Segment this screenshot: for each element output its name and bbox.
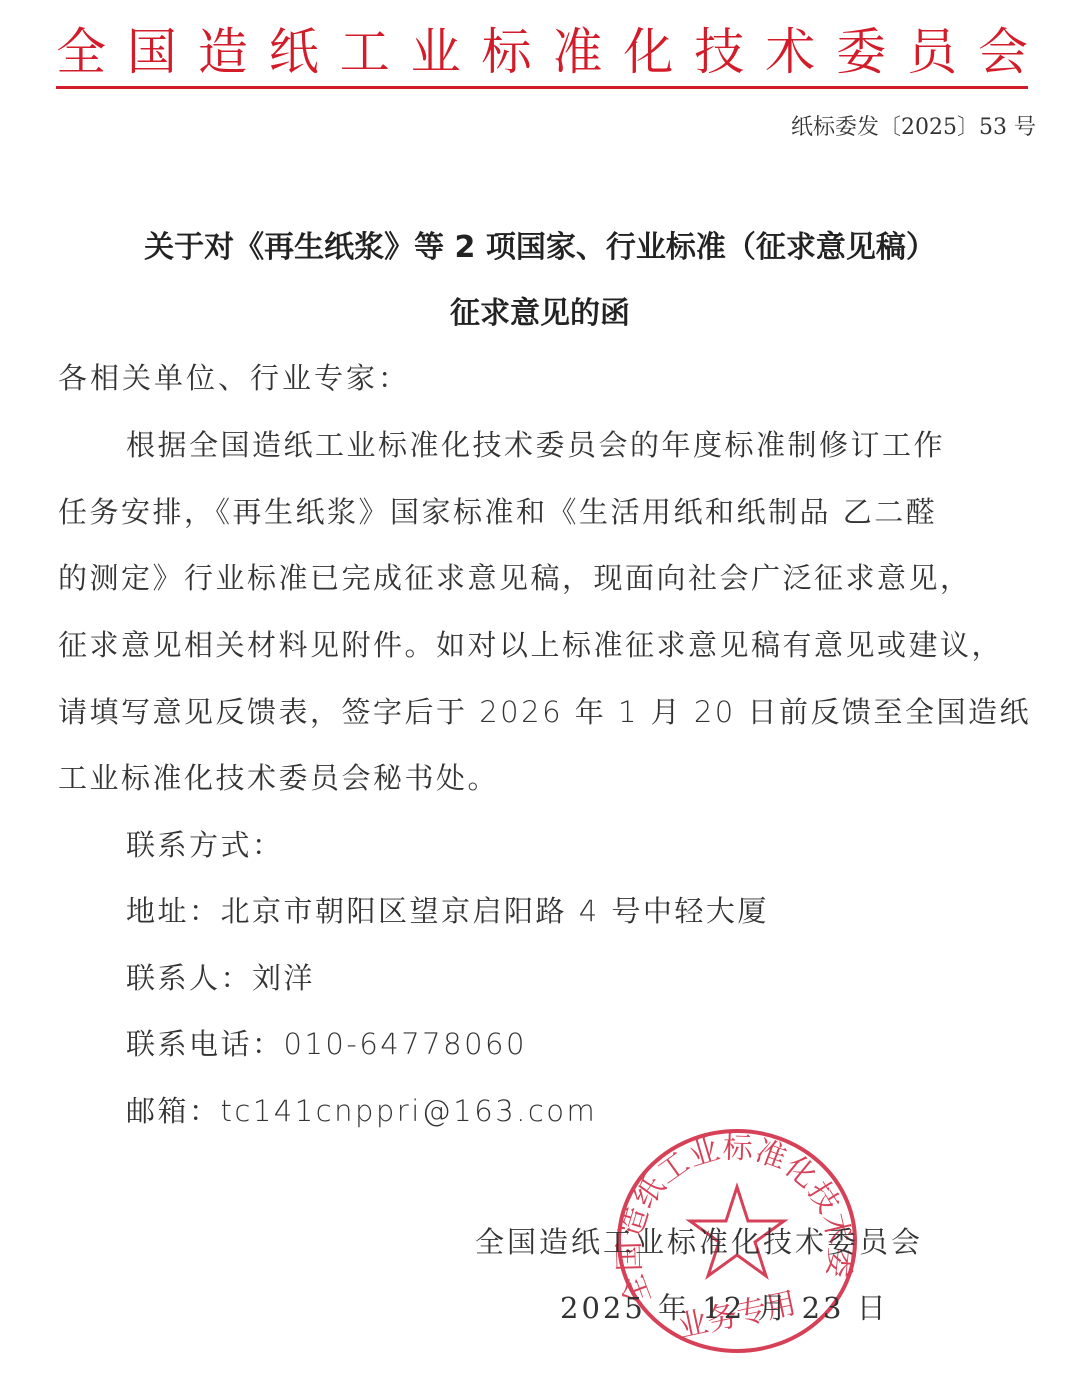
letterhead-char: 国	[127, 22, 177, 82]
body-line-4: 征求意见相关材料见附件。如对以上标准征求意见稿有意见或建议，	[58, 623, 1043, 664]
letterhead-red-rule	[56, 86, 1028, 89]
salutation: 各相关单位、行业专家：	[58, 356, 410, 397]
letterhead-char: 术	[765, 22, 815, 82]
body-line-6: 工业标准化技术委员会秘书处。	[58, 756, 1043, 797]
document-title-line-1: 关于对《再生纸浆》等 2 项国家、行业标准（征求意见稿）	[60, 222, 1020, 266]
letterhead-char: 全	[56, 22, 106, 82]
seal-ring-text: 全国造纸工业标准化技术委员会	[612, 1125, 858, 1310]
letterhead-char: 纸	[269, 22, 319, 82]
letterhead-char: 标	[482, 22, 532, 82]
letterhead-char: 委	[836, 22, 886, 82]
letterhead-char: 工	[340, 22, 390, 82]
document-title-line-2: 征求意见的函	[60, 288, 1020, 332]
letterhead-char: 造	[198, 22, 248, 82]
letterhead-char: 化	[623, 22, 673, 82]
letterhead-title: 全国造纸工业标准化技术委员会	[56, 22, 1028, 82]
body-line-3: 的测定》行业标准已完成征求意见稿，现面向社会广泛征求意见，	[58, 556, 1043, 597]
body-line-2: 任务安排，《再生纸浆》国家标准和《生活用纸和纸制品 乙二醛	[58, 490, 1043, 531]
letterhead-char: 技	[694, 22, 744, 82]
signature-date: 2025 年 12 月 23 日	[560, 1286, 889, 1327]
contact-person: 联系人：刘洋	[126, 956, 315, 997]
signature-organization: 全国造纸工业标准化技术委员会	[475, 1220, 923, 1261]
contact-address: 地址：北京市朝阳区望京启阳路 4 号中轻大厦	[126, 889, 769, 930]
body-line-5: 请填写意见反馈表，签字后于 2026 年 1 月 20 日前反馈至全国造纸	[58, 690, 1043, 731]
contact-email[interactable]: 邮箱：tc141cnppri@163.com	[126, 1089, 597, 1130]
letterhead-char: 员	[907, 22, 957, 82]
document-number: 纸标委发〔2025〕53 号	[791, 110, 1036, 141]
svg-text:全国造纸工业标准化技术委员会: 全国造纸工业标准化技术委员会	[612, 1125, 858, 1310]
letterhead-char: 业	[411, 22, 461, 82]
letterhead-char: 准	[552, 22, 602, 82]
body-line-1: 根据全国造纸工业标准化技术委员会的年度标准制修订工作	[126, 423, 1080, 464]
letterhead-char: 会	[978, 22, 1028, 82]
contact-heading: 联系方式：	[126, 823, 284, 864]
contact-phone: 联系电话：010-64778060	[126, 1022, 527, 1063]
